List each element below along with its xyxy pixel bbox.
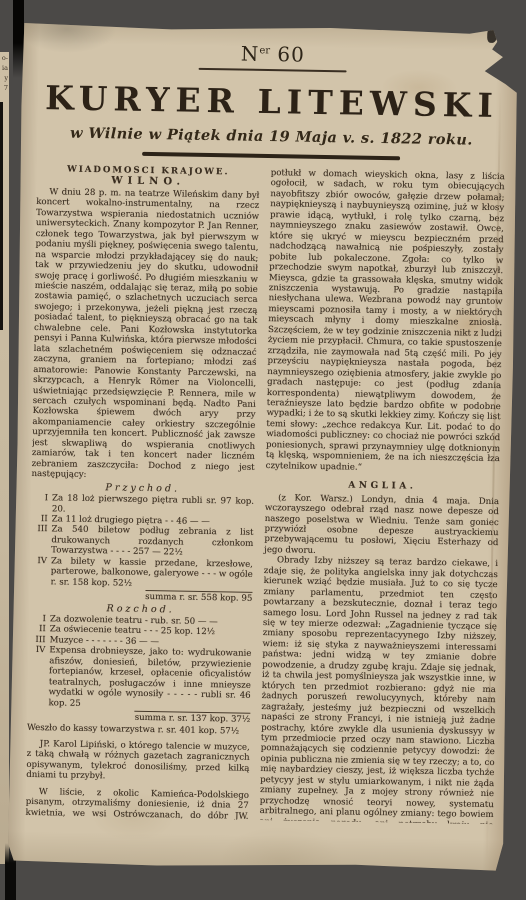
newspaper-title: KURYER LITEWSKI — [38, 78, 507, 125]
adjacent-page-frame-line — [0, 102, 8, 330]
ledger-entry: Za bilety w kassie przedane, krzesłowe, … — [51, 556, 254, 591]
ledger-numeral: I — [31, 493, 52, 514]
ink-stain — [487, 28, 497, 43]
issue-superscript: er — [259, 45, 270, 56]
issue-prefix: N — [241, 42, 260, 66]
newspaper-page: Ner 60 KURYER LITEWSKI w Wilnie w Piątek… — [8, 22, 520, 874]
article-paragraph: JP. Karol Lipiński, o którego talencie w… — [26, 739, 250, 785]
ledger-numeral: II — [31, 514, 52, 525]
rozchod-summa-value: summa r. sr. 137 kop. 37½ — [135, 711, 251, 725]
book-spine-shadow-top — [13, 0, 24, 78]
article-paragraph: W liście, z okolic Kamieńca-Podolskiego … — [26, 787, 249, 824]
adjacent-page-text-fragment: 7 — [4, 83, 8, 93]
ledger-numeral: IV — [30, 556, 52, 588]
article-paragraph: potłukł w domach wieyskich okna, lasy z … — [266, 168, 505, 475]
ledger-entry: Expensa drobnieysze, jako to: wydrukowan… — [48, 646, 251, 712]
masthead-rule-thick — [142, 152, 400, 161]
masthead-rule-thin — [199, 68, 347, 73]
article-paragraph: (z Kor. Warsz.) Londyn, dnia 4 maja. Dni… — [264, 493, 499, 560]
ledger-numeral: IV — [27, 645, 49, 708]
ledger-row: IV Expensa drobnieysze, jako to: wydruko… — [27, 645, 251, 712]
scanned-book-background: o- ia y 7 Ner 60 KURYER LITEWSKI w Wilni… — [0, 0, 526, 900]
przychod-summa-value: summa r. sr. 558 kop. 95 — [145, 590, 252, 604]
adjacent-page-edge: o- ia y 7 — [0, 52, 9, 864]
ledger-numeral: II — [29, 624, 50, 635]
ledger-numeral: III — [30, 524, 52, 556]
issue-number: Ner 60 — [39, 38, 507, 70]
article-paragraph: Obrady Izby niższey są teraz bardzo ciek… — [259, 555, 498, 824]
adjacent-page-text-fragment: y — [4, 73, 8, 83]
article-columns: WIADOMOŚCI KRAJOWE. WILNO. W dniu 28 p. … — [26, 164, 505, 824]
adjacent-page-text-fragment: o- — [2, 53, 8, 63]
ledger-entry: Za 540 biletow podług zebrania z list dr… — [51, 525, 254, 560]
adjacent-page-text-fragment: ia — [2, 63, 8, 73]
section-header-anglia: ANGLIA. — [265, 479, 499, 494]
masthead: Ner 60 KURYER LITEWSKI w Wilnie w Piątek… — [37, 38, 507, 162]
przychod-summa: summa r. sr. 558 kop. 95 — [29, 588, 252, 604]
issue-value: 60 — [277, 42, 305, 66]
article-paragraph: W dniu 28 p. m. na teatrze Wileńskim dan… — [31, 187, 259, 484]
dateline: w Wilnie w Piątek dnia 19 Maja v. s. 182… — [37, 124, 505, 149]
right-column: potłukł w domach wieyskich okna, lasy z … — [259, 168, 504, 824]
ledger-row: IV Za bilety w kassie przedane, krzesłow… — [30, 556, 254, 591]
ledger-numeral: III — [29, 635, 50, 646]
left-column: WIADOMOŚCI KRAJOWE. WILNO. W dniu 28 p. … — [26, 164, 260, 820]
ledger-row: III Za 540 biletow podług zebrania z lis… — [30, 524, 254, 559]
